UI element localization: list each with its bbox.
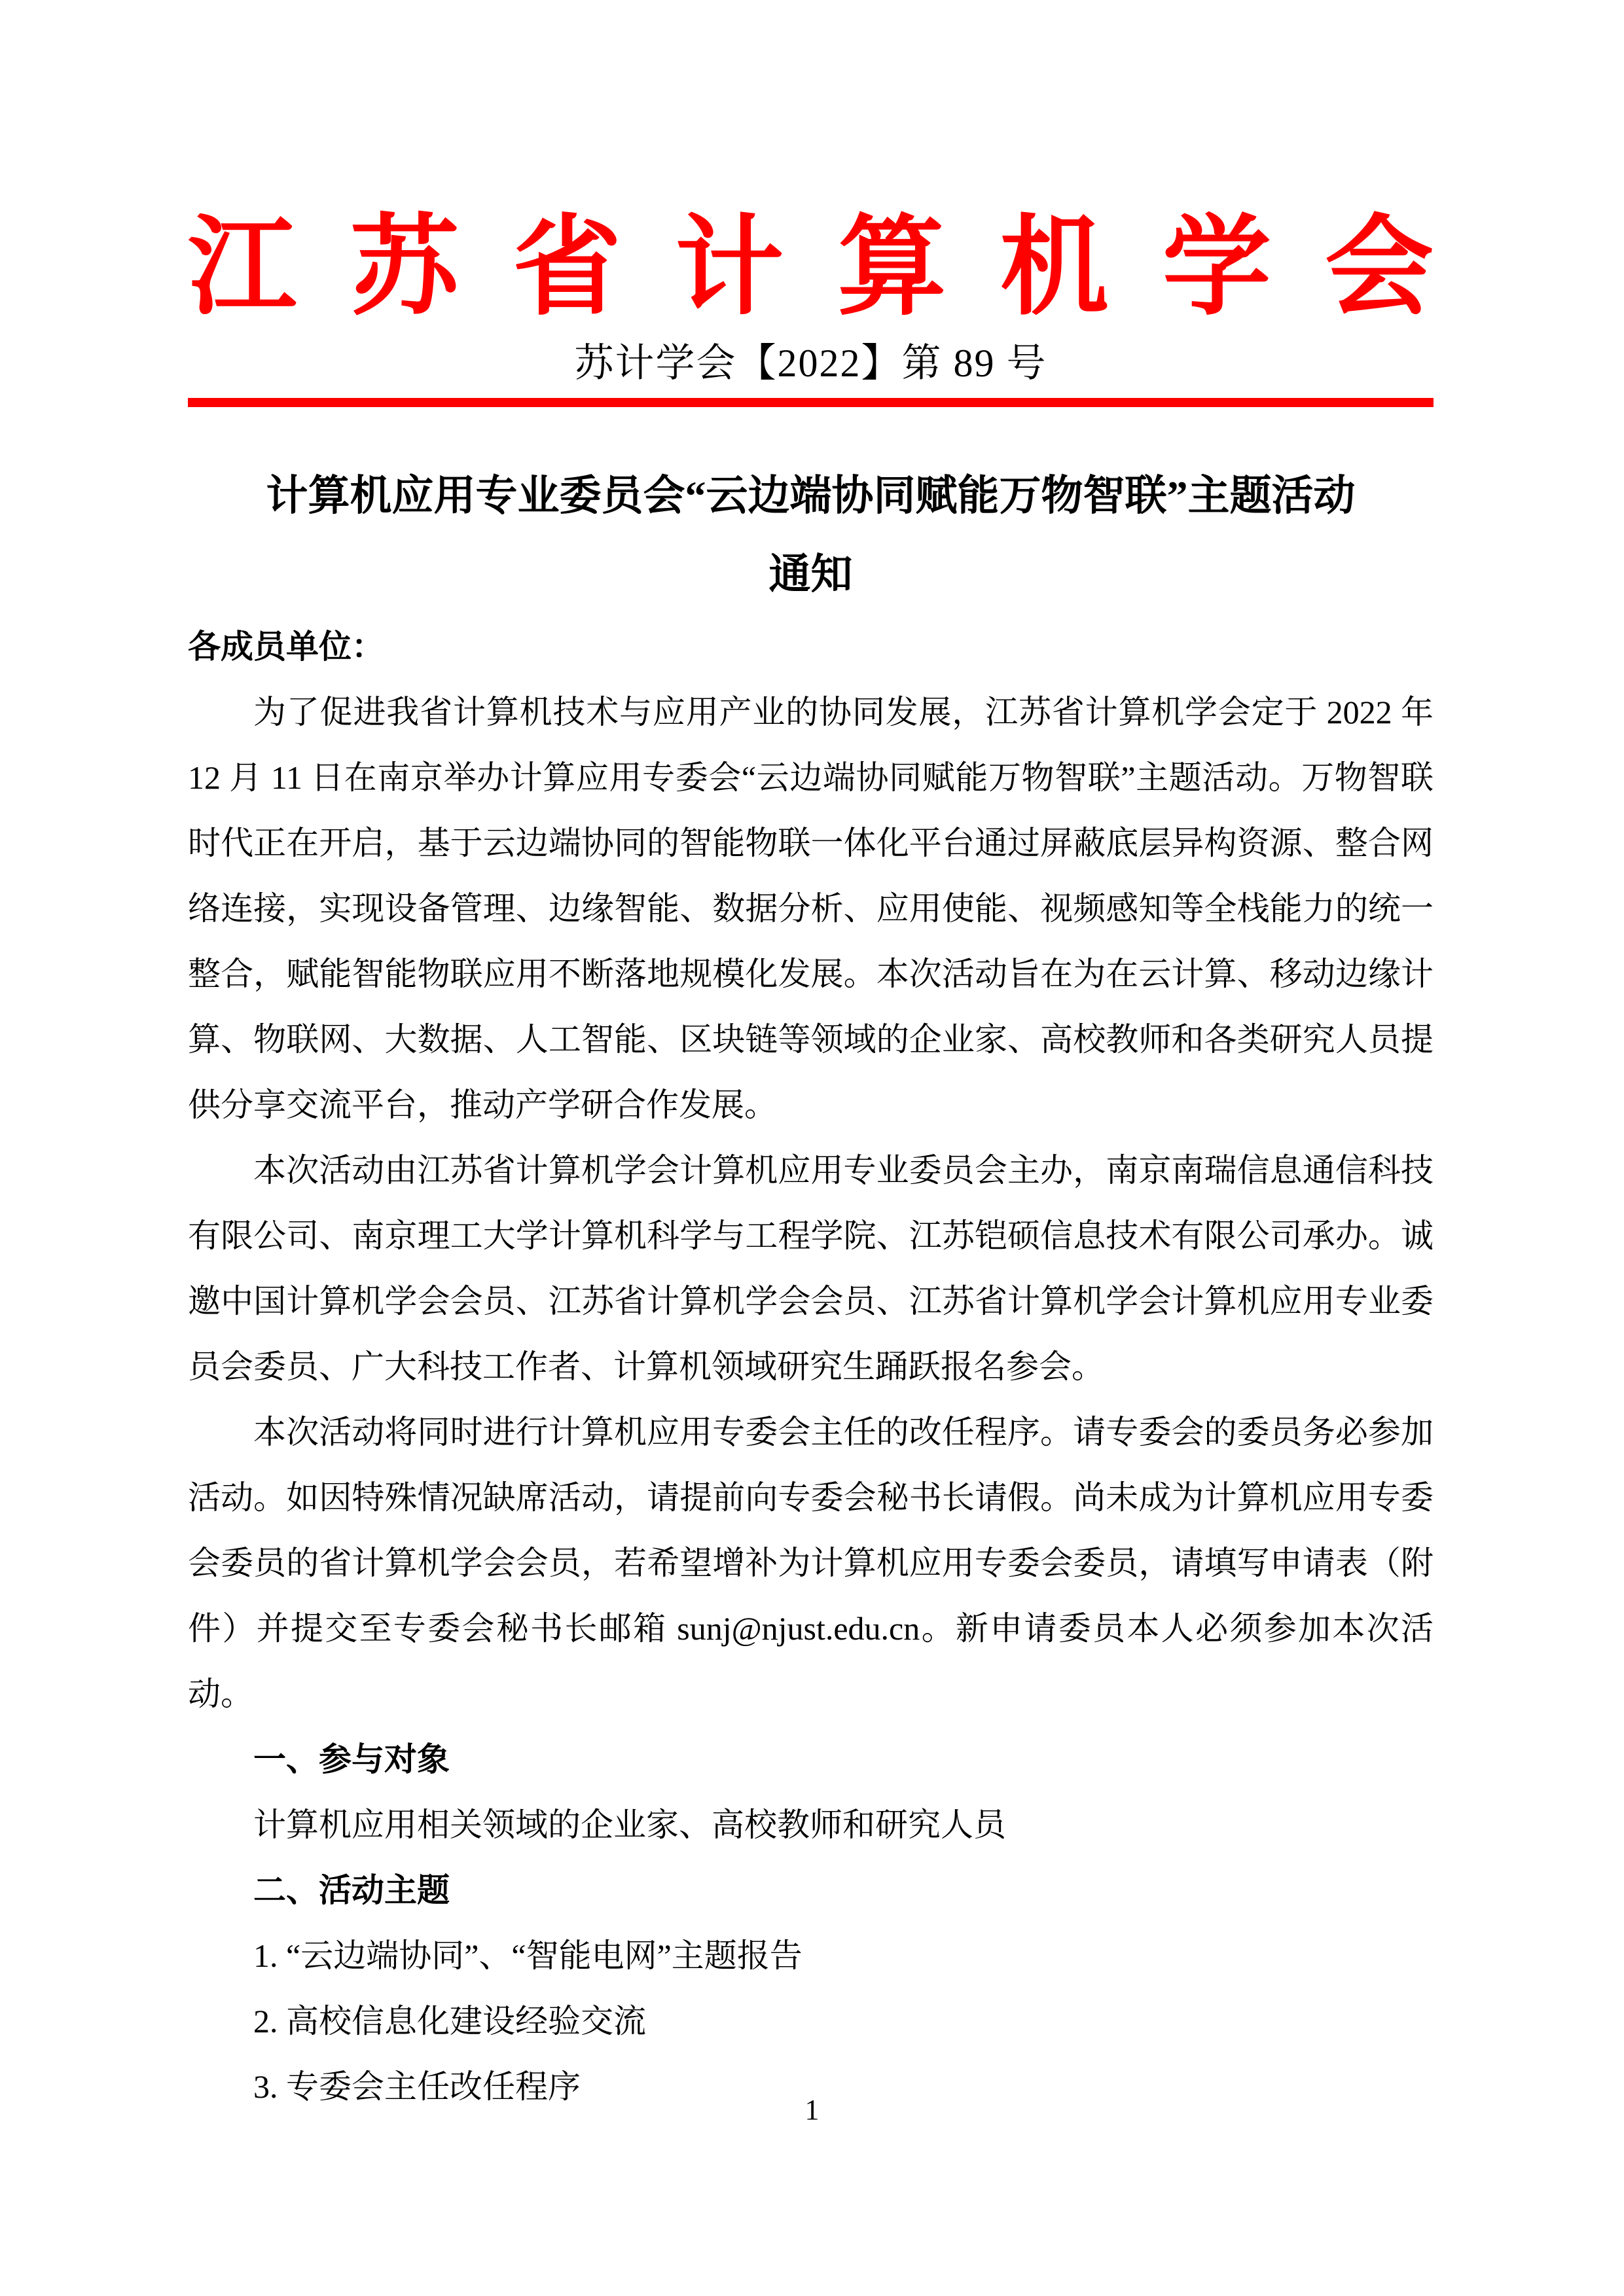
header-rule bbox=[188, 398, 1434, 407]
document-body: 各成员单位： 为了促进我省计算机技术与应用产业的协同发展，江苏省计算机学会定于 … bbox=[188, 614, 1434, 2119]
paragraph-intro: 为了促进我省计算机技术与应用产业的协同发展，江苏省计算机学会定于 2022 年 … bbox=[188, 679, 1434, 1138]
salutation: 各成员单位： bbox=[188, 614, 1434, 679]
document-page: 江苏省计算机学会 苏计学会【2022】第 89 号 计算机应用专业委员会“云边端… bbox=[0, 0, 1624, 2296]
org-name-char: 苏 bbox=[350, 208, 459, 327]
topic-item-2: 2. 高校信息化建设经验交流 bbox=[188, 1988, 1434, 2054]
paragraph-committee-procedure: 本次活动将同时进行计算机应用专委会主任的改任程序。请专委会的委员务必参加活动。如… bbox=[188, 1399, 1434, 1727]
org-name-char: 省 bbox=[513, 208, 621, 327]
section-heading-participants: 一、参与对象 bbox=[188, 1727, 1434, 1792]
org-name-char: 计 bbox=[675, 208, 784, 327]
org-name-char: 机 bbox=[1000, 208, 1109, 327]
document-title-line2: 通知 bbox=[188, 535, 1434, 614]
org-name-char: 江 bbox=[188, 208, 297, 327]
section-content-participants: 计算机应用相关领域的企业家、高校教师和研究人员 bbox=[188, 1792, 1434, 1857]
topic-item-1: 1. “云边端协同”、“智能电网”主题报告 bbox=[188, 1923, 1434, 1988]
org-name: 江苏省计算机学会 bbox=[188, 208, 1434, 327]
letterhead: 江苏省计算机学会 苏计学会【2022】第 89 号 bbox=[188, 208, 1434, 407]
org-name-char: 算 bbox=[838, 208, 947, 327]
section-heading-topics: 二、活动主题 bbox=[188, 1857, 1434, 1923]
org-name-char: 学 bbox=[1163, 208, 1271, 327]
document-title-line1: 计算机应用专业委员会“云边端协同赋能万物智联”主题活动 bbox=[188, 457, 1434, 535]
paragraph-organizers: 本次活动由江苏省计算机学会计算机应用专业委员会主办，南京南瑞信息通信科技有限公司… bbox=[188, 1138, 1434, 1399]
org-name-char: 会 bbox=[1325, 208, 1434, 327]
page-number: 1 bbox=[0, 2092, 1624, 2128]
document-title: 计算机应用专业委员会“云边端协同赋能万物智联”主题活动 通知 bbox=[188, 457, 1434, 614]
doc-number: 苏计学会【2022】第 89 号 bbox=[188, 339, 1434, 387]
